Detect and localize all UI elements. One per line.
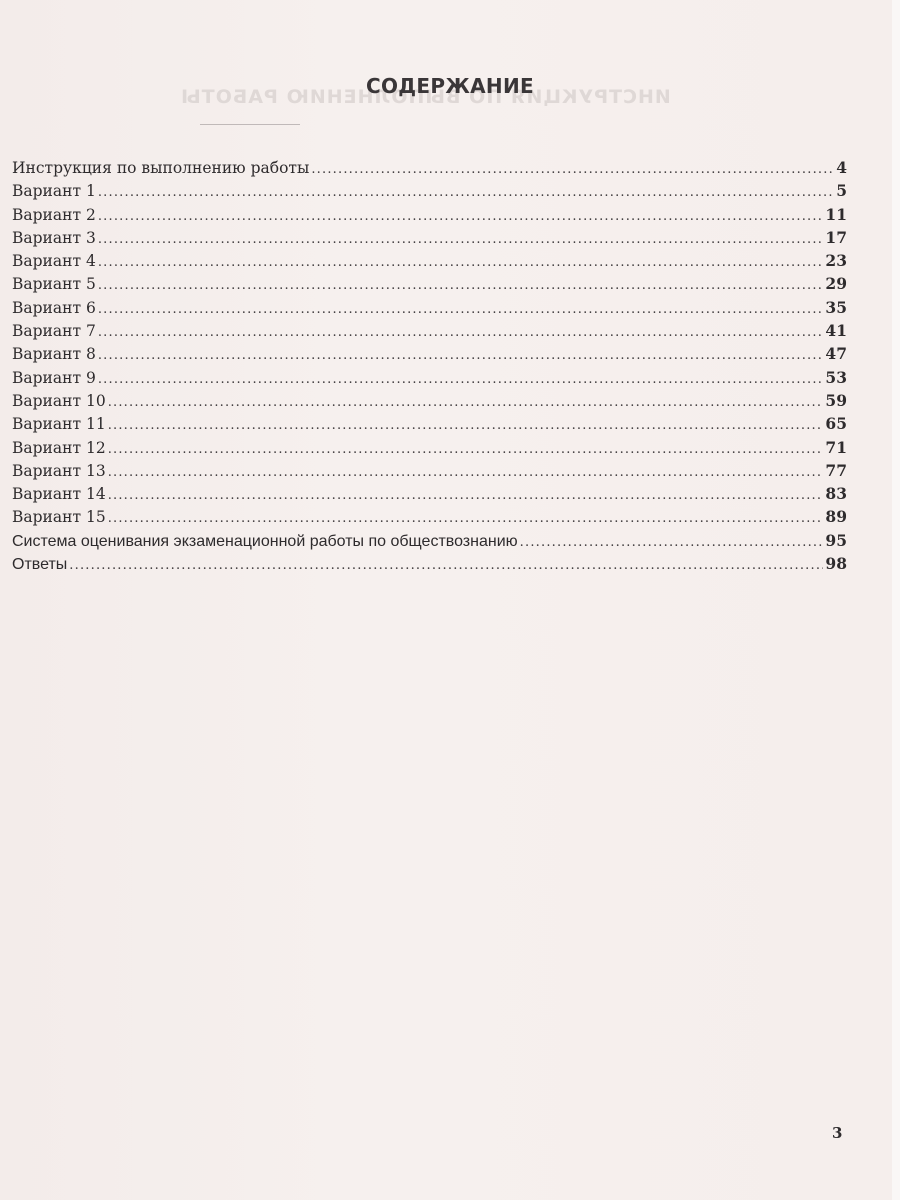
toc-entry-label: Вариант 1 [12, 182, 96, 200]
dot-leader [98, 302, 824, 317]
toc-entry-variant-5[interactable]: Вариант 5 29 [12, 274, 847, 297]
toc-entry-page: 17 [825, 228, 847, 247]
toc-entry-label: Инструкция по выполнению работы [12, 159, 309, 177]
toc-entry-page: 95 [825, 531, 847, 550]
dot-leader [108, 442, 824, 457]
toc-entry-page: 5 [836, 181, 847, 200]
toc-entry-page: 98 [825, 554, 847, 573]
toc-entry-page: 29 [825, 274, 847, 293]
page-number: 3 [832, 1124, 842, 1142]
toc-entry-page: 35 [825, 298, 847, 317]
dot-leader [98, 185, 834, 200]
dot-leader [98, 209, 824, 224]
toc-entry-answers[interactable]: Ответы 98 [12, 554, 847, 577]
dot-leader [98, 348, 824, 363]
toc-entry-page: 71 [825, 438, 847, 457]
toc-entry-label: Ответы [12, 556, 67, 574]
toc-entry-instructions[interactable]: Инструкция по выполнению работы 4 [12, 158, 847, 181]
toc-entry-page: 11 [825, 205, 847, 224]
toc-entry-variant-10[interactable]: Вариант 10 59 [12, 391, 847, 414]
toc-entry-variant-3[interactable]: Вариант 3 17 [12, 228, 847, 251]
toc-entry-page: 77 [825, 461, 847, 480]
toc-entry-label: Вариант 7 [12, 322, 96, 340]
dot-leader [108, 418, 824, 433]
toc-entry-variant-13[interactable]: Вариант 13 77 [12, 461, 847, 484]
toc-entry-label: Вариант 4 [12, 252, 96, 270]
dot-leader [108, 511, 824, 526]
toc-entry-page: 65 [825, 414, 847, 433]
toc-entry-variant-2[interactable]: Вариант 2 11 [12, 205, 847, 228]
page-title: СОДЕРЖАНИЕ [0, 74, 900, 98]
book-page: ИНСТРУКЦИЯ ПО ВЫПОЛНЕНИЮ РАБОТЫ СОДЕРЖАН… [0, 0, 900, 1200]
dot-leader [98, 372, 824, 387]
dot-leader [98, 255, 824, 270]
toc-entry-variant-11[interactable]: Вариант 11 65 [12, 414, 847, 437]
dot-leader [311, 162, 834, 177]
toc-entry-page: 4 [836, 158, 847, 177]
toc-entry-variant-6[interactable]: Вариант 6 35 [12, 298, 847, 321]
toc-entry-label: Вариант 12 [12, 439, 106, 457]
toc-entry-variant-12[interactable]: Вариант 12 71 [12, 438, 847, 461]
page-edge [892, 0, 900, 1200]
toc-entry-page: 41 [825, 321, 847, 340]
toc-entry-label: Вариант 15 [12, 508, 106, 526]
dot-leader [520, 535, 824, 550]
toc-entry-label: Вариант 13 [12, 462, 106, 480]
toc-entry-page: 23 [825, 251, 847, 270]
toc-entry-label: Вариант 3 [12, 229, 96, 247]
toc-entry-label: Вариант 10 [12, 392, 106, 410]
toc-entry-variant-9[interactable]: Вариант 9 53 [12, 368, 847, 391]
toc-entry-label: Вариант 2 [12, 206, 96, 224]
toc-entry-page: 83 [825, 484, 847, 503]
title-underline [200, 124, 300, 125]
toc-entry-variant-1[interactable]: Вариант 1 5 [12, 181, 847, 204]
toc-entry-label: Вариант 14 [12, 485, 106, 503]
toc-entry-label: Вариант 8 [12, 345, 96, 363]
dot-leader [98, 232, 824, 247]
toc-entry-label: Вариант 5 [12, 275, 96, 293]
toc-entry-variant-7[interactable]: Вариант 7 41 [12, 321, 847, 344]
toc-entry-label: Вариант 6 [12, 299, 96, 317]
toc-entry-page: 89 [825, 507, 847, 526]
toc-entry-variant-14[interactable]: Вариант 14 83 [12, 484, 847, 507]
toc-entry-page: 59 [825, 391, 847, 410]
toc-entry-label: Вариант 11 [12, 415, 106, 433]
toc-entry-variant-15[interactable]: Вариант 15 89 [12, 507, 847, 530]
toc-entry-variant-8[interactable]: Вариант 8 47 [12, 344, 847, 367]
dot-leader [108, 488, 824, 503]
toc-entry-variant-4[interactable]: Вариант 4 23 [12, 251, 847, 274]
dot-leader [98, 325, 824, 340]
toc-entry-grading-system[interactable]: Система оценивания экзаменационной работ… [12, 531, 847, 554]
toc-entry-page: 53 [825, 368, 847, 387]
dot-leader [108, 395, 824, 410]
dot-leader [108, 465, 824, 480]
toc-entry-page: 47 [825, 344, 847, 363]
toc-entry-label: Вариант 9 [12, 369, 96, 387]
dot-leader [98, 278, 824, 293]
table-of-contents: Инструкция по выполнению работы 4 Вариан… [12, 158, 847, 577]
toc-entry-label: Система оценивания экзаменационной работ… [12, 533, 518, 551]
dot-leader [69, 558, 823, 573]
